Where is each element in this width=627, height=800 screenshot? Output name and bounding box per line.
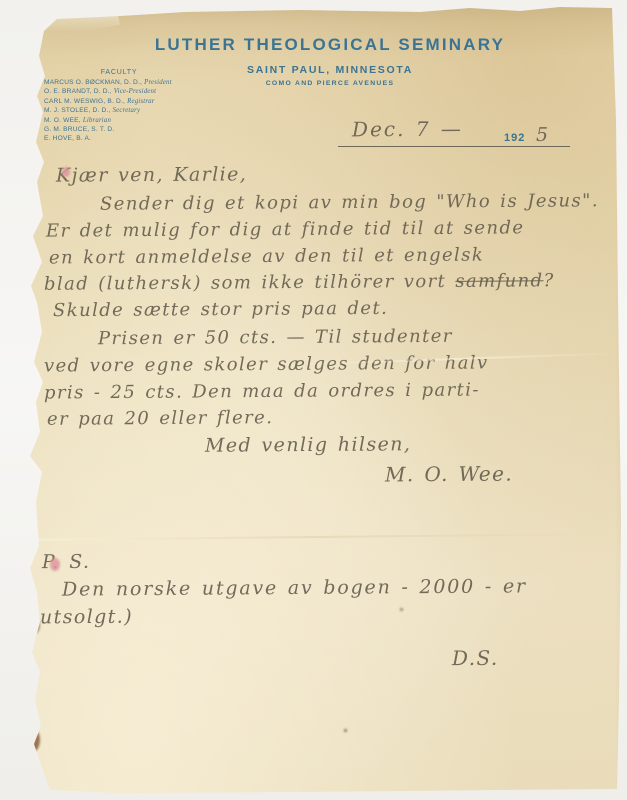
letter-line: Er det mulig for dig at finde tid til at… <box>46 217 525 241</box>
letter-line: Prisen er 50 cts. — Til studenter <box>98 326 453 349</box>
letter-line: er paa 20 eller flere. <box>47 407 273 430</box>
handwritten-year-digit: 5 <box>536 124 550 146</box>
pink-stain <box>50 558 60 571</box>
letter-line: blad (luthersk) som ikke tilhörer vort s… <box>44 270 555 295</box>
faculty-member: M. J. STOLEE, D. D., Secretary <box>44 106 244 115</box>
pink-stain <box>62 167 70 177</box>
faculty-member-name: M. O. WEE, <box>44 117 83 124</box>
faculty-member-name: O. E. BRANDT, D. D., <box>44 88 114 95</box>
brown-stain <box>29 616 40 634</box>
paper-sheet: LUTHER THEOLOGICAL SEMINARY SAINT PAUL, … <box>0 0 627 800</box>
faculty-member: O. E. BRANDT, D. D., Vice-President <box>44 87 244 96</box>
letter-line-text: ? <box>543 270 554 291</box>
handwritten-date: Dec. 7 — <box>352 117 463 142</box>
letter-greeting: Kjær ven, Karlie, <box>56 163 247 186</box>
letter-line-text: blad (luthersk) som ikke tilhörer vort <box>44 271 455 295</box>
struck-word: samfund <box>455 270 543 292</box>
brown-stain <box>25 728 40 752</box>
faculty-member-name: G. M. BRUCE, S. T. D. <box>44 126 114 133</box>
faculty-member-title: President <box>144 79 172 86</box>
faculty-member-name: CARL M. WESWIG, B. D., <box>44 98 127 105</box>
scanned-letter-page: LUTHER THEOLOGICAL SEMINARY SAINT PAUL, … <box>0 0 627 800</box>
faculty-member-name: M. J. STOLEE, D. D., <box>44 107 113 114</box>
faculty-member-title: Vice-President <box>114 88 156 95</box>
paper-crease <box>35 533 595 541</box>
faculty-list: FACULTY MARCUS O. BØCKMAN, D. D., Presid… <box>44 69 244 144</box>
letter-line: ved vore egne skoler sælges den for halv <box>44 352 489 376</box>
letter-line: Skulde sætte stor pris paa det. <box>53 298 388 321</box>
letter-line: en kort anmeldelse av den til et engelsk <box>49 244 484 268</box>
faculty-member: MARCUS O. BØCKMAN, D. D., President <box>44 78 244 87</box>
faculty-member-title: Librarian <box>83 117 111 124</box>
date-underline <box>338 146 570 147</box>
faculty-member-name: MARCUS O. BØCKMAN, D. D., <box>44 79 144 86</box>
faculty-member: G. M. BRUCE, S. T. D. <box>44 125 244 134</box>
ink-speck <box>344 729 347 732</box>
faculty-member: E. HOVE, B. A. <box>44 134 244 143</box>
signature: M. O. Wee. <box>385 462 513 487</box>
faculty-member: M. O. WEE, Librarian <box>44 116 244 125</box>
printed-year-prefix: 192 <box>504 132 525 144</box>
brown-stain <box>27 770 40 790</box>
letter-line: pris - 25 cts. Den maa da ordres i parti… <box>44 379 480 403</box>
ink-speck <box>400 608 403 611</box>
faculty-heading: FACULTY <box>44 69 194 76</box>
letter-line: Sender dig et kopi av min bog "Who is Je… <box>100 190 599 214</box>
faculty-member-title: Secretary <box>113 107 141 114</box>
postscript-line: Den norske utgave av bogen - 2000 - er <box>62 575 527 600</box>
faculty-member-name: E. HOVE, B. A. <box>44 135 91 142</box>
paper-corner-fold <box>40 11 120 35</box>
faculty-member: CARL M. WESWIG, B. D., Registrar <box>44 97 244 106</box>
faculty-member-title: Registrar <box>127 98 154 105</box>
letterhead-title: LUTHER THEOLOGICAL SEMINARY <box>130 35 530 55</box>
letter-closing: Med venlig hilsen, <box>205 433 411 456</box>
postscript-initials: D.S. <box>452 646 499 670</box>
postscript-line: utsolgt.) <box>40 606 133 629</box>
